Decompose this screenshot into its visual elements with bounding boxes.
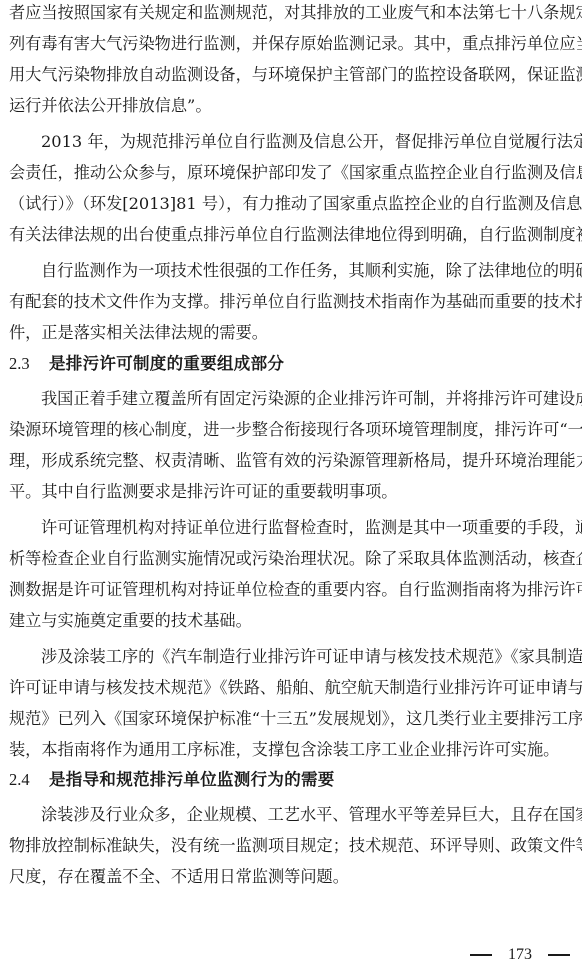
text-line: 涉及涂装工序的《汽车制造行业排污许可证申请与核发技术规范》《家具制造行业排污	[41, 646, 573, 668]
text-line: 会责任，推动公众参与，原环境保护部印发了《国家重点监控企业自行监测及信息公开办法	[9, 162, 573, 184]
section-title: 是排污许可制度的重要组成部分	[49, 354, 284, 373]
text-line: 析等检查企业自行监测实施情况或污染治理状况。除了采取具体监测活动，核查企业自行监	[9, 548, 573, 570]
text-line: 物排放控制标准缺失，没有统一监测项目规定；技术规范、环评导则、政策文件等缺乏统一	[9, 835, 573, 857]
section-title: 是指导和规范排污单位监测行为的需要	[49, 770, 335, 789]
text-line: 涂装涉及行业众多，企业规模、工艺水平、管理水平等差异巨大，且存在国家层面污染	[41, 804, 573, 826]
text-line: 者应当按照国家有关规定和监测规范，对其排放的工业废气和本法第七十八条规定名录中所	[9, 2, 573, 24]
text-line: 有关法律法规的出台使重点排污单位自行监测法律地位得到明确，自行监测制度初步建立。	[9, 224, 573, 246]
page-number: 173	[508, 943, 532, 967]
text-line: 理，形成系统完整、权责清晰、监管有效的污染源管理新格局，提升环境治理能力和管理水	[9, 450, 573, 472]
text-line: 件，正是落实相关法律法规的需要。	[9, 322, 573, 344]
text-line: 许可证申请与核发技术规范》《铁路、船舶、航空航天制造行业排污许可证申请与核发技术	[9, 677, 573, 699]
document-page: 者应当按照国家有关规定和监测规范，对其排放的工业废气和本法第七十八条规定名录中所…	[0, 0, 582, 979]
text-line: （试行）》（环发[2013]81 号），有力推动了国家重点监控企业的自行监测及信…	[9, 193, 573, 215]
text-line: 装，本指南将作为通用工序标准，支撑包含涂装工序工业企业排污许可实施。	[9, 739, 573, 761]
page-footer: 173	[470, 943, 570, 967]
text-line: 许可证管理机构对持证单位进行监督检查时，监测是其中一项重要的手段，通过采样分	[41, 517, 573, 539]
text-line: 运行并依法公开排放信息”。	[9, 95, 573, 117]
text-line: 平。其中自行监测要求是排污许可证的重要载明事项。	[9, 481, 573, 503]
text-line: 用大气污染物排放自动监测设备，与环境保护主管部门的监控设备联网，保证监测设备正常	[9, 64, 573, 86]
text-line: 列有毒有害大气污染物进行监测，并保存原始监测记录。其中，重点排污单位应当安装、使	[9, 33, 573, 55]
section-heading-2-3: 2.3是排污许可制度的重要组成部分	[9, 352, 284, 376]
section-heading-2-4: 2.4是指导和规范排污单位监测行为的需要	[9, 768, 335, 792]
text-line: 尺度，存在覆盖不全、不适用日常监测等问题。	[9, 866, 573, 888]
text-line: 有配套的技术文件作为支撑。排污单位自行监测技术指南作为基础而重要的技术指导性文	[9, 291, 573, 313]
text-line: 建立与实施奠定重要的技术基础。	[9, 610, 573, 632]
section-number: 2.3	[9, 352, 49, 376]
text-line: 自行监测作为一项技术性很强的工作任务，其顺利实施，除了法律地位的明确，更需要	[41, 260, 573, 282]
dash-left	[470, 954, 492, 955]
text-line: 规范》已列入《国家环境保护标准“十三五”发展规划》，这几类行业主要排污工序均为涂	[9, 708, 573, 730]
text-line: 染源环境管理的核心制度，进一步整合衔接现行各项环境管理制度，排污许可“一证式”管	[9, 419, 573, 441]
text-line: 2013 年，为规范排污单位自行监测及信息公开，督促排污单位自觉履行法定义务和社	[41, 131, 573, 153]
text-line: 测数据是许可证管理机构对持证单位检查的重要内容。自行监测指南将为排污许可证制度的	[9, 579, 573, 601]
section-number: 2.4	[9, 768, 49, 792]
text-line: 我国正着手建立覆盖所有固定污染源的企业排污许可制，并将排污许可建设成为固定污	[41, 388, 573, 410]
dash-right	[548, 954, 570, 955]
